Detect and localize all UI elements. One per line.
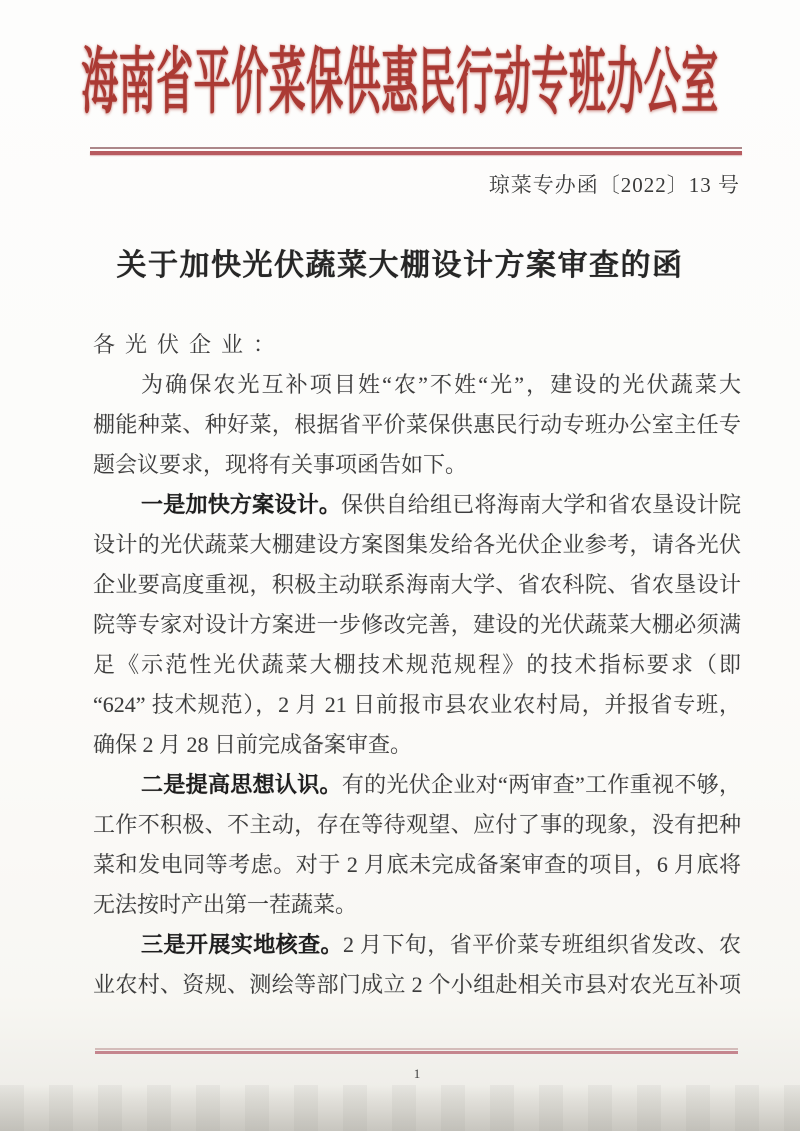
letterhead: 海南省平价菜保供惠民行动专班办公室: [76, 48, 724, 85]
document-title: 关于加快光伏蔬菜大棚设计方案审查的函: [76, 245, 724, 287]
body-line-text: 确保 2 月 28 日前完成备案审查。: [93, 732, 412, 757]
body-line: 设计的光伏蔬菜大棚建设方案图集发给各光伏企业参考，请各光伏: [93, 525, 741, 565]
body-line-bold-lead: 一是加快方案设计。: [141, 492, 341, 517]
body-line-text: 企业要高度重视，积极主动联系海南大学、省农科院、省农垦设计: [93, 572, 741, 597]
body-line: 棚能种菜、种好菜，根据省平价菜保供惠民行动专班办公室主任专: [93, 405, 741, 445]
salutation: 各光伏企业：: [93, 325, 741, 365]
letterhead-divider-thick-line: [90, 151, 742, 155]
body-line-bold-lead: 三是开展实地核查。: [141, 932, 343, 957]
body-line-text: 棚能种菜、种好菜，根据省平价菜保供惠民行动专班办公室主任专: [93, 412, 741, 437]
body-line-text: 有的光伏企业对“两审查”工作重视不够，: [342, 772, 741, 797]
document-page: 海南省平价菜保供惠民行动专班办公室 琼菜专办函〔2022〕13 号 关于加快光伏…: [0, 0, 800, 1131]
body-line-text: 为确保农光互补项目姓“农”不姓“光”，建设的光伏蔬菜大: [141, 372, 741, 397]
body-line-text: 菜和发电同等考虑。对于 2 月底未完成备案审查的项目，6 月底将: [93, 852, 741, 877]
body-line-text: 无法按时产出第一茬蔬菜。: [93, 892, 357, 917]
page-number: 1: [93, 1064, 741, 1084]
body-line: 业农村、资规、测绘等部门成立 2 个小组赴相关市县对农光互补项: [93, 965, 741, 1005]
body-line-text: 保供自给组已将海南大学和省农垦设计院: [341, 492, 741, 517]
body-line-text: 院等专家对设计方案进一步修改完善，建设的光伏蔬菜大棚必须满: [93, 612, 741, 637]
body-line: 工作不积极、不主动，存在等待观望、应付了事的现象，没有把种: [93, 805, 741, 845]
body-line-bold-lead: 二是提高思想认识。: [141, 772, 342, 797]
body-line: 院等专家对设计方案进一步修改完善，建设的光伏蔬菜大棚必须满: [93, 605, 741, 645]
body-line: 为确保农光互补项目姓“农”不姓“光”，建设的光伏蔬菜大: [93, 365, 741, 405]
letterhead-divider: [90, 147, 742, 155]
letterhead-divider-thin-line: [90, 147, 742, 149]
footer-divider: [95, 1048, 738, 1054]
body-line: 菜和发电同等考虑。对于 2 月底未完成备案审查的项目，6 月底将: [93, 845, 741, 885]
body-line-text: 题会议要求，现将有关事项函告如下。: [93, 452, 467, 477]
body-lines: 为确保农光互补项目姓“农”不姓“光”，建设的光伏蔬菜大棚能种菜、种好菜，根据省平…: [93, 365, 741, 1005]
letterhead-office-name: 海南省平价菜保供惠民行动专班办公室: [81, 48, 719, 120]
body-line-text: 业农村、资规、测绘等部门成立 2 个小组赴相关市县对农光互补项: [93, 972, 741, 997]
footer-divider-thick-line: [95, 1051, 738, 1054]
body-line: 企业要高度重视，积极主动联系海南大学、省农科院、省农垦设计: [93, 565, 741, 605]
doc-number: 琼菜专办函〔2022〕13 号: [95, 170, 740, 200]
body-line: 无法按时产出第一茬蔬菜。: [93, 885, 741, 925]
body-line: “624” 技术规范），2 月 21 日前报市县农业农村局，并报省专班，: [93, 685, 741, 725]
body-line: 三是开展实地核查。2 月下旬，省平价菜专班组织省发改、农: [93, 925, 741, 965]
body-line-text: 设计的光伏蔬菜大棚建设方案图集发给各光伏企业参考，请各光伏: [93, 532, 741, 557]
body-line: 题会议要求，现将有关事项函告如下。: [93, 445, 741, 485]
body-line: 确保 2 月 28 日前完成备案审查。: [93, 725, 741, 765]
body-line-text: 2 月下旬，省平价菜专班组织省发改、农: [343, 932, 741, 957]
body-line-text: “624” 技术规范），2 月 21 日前报市县农业农村局，并报省专班，: [93, 692, 741, 717]
body-line: 一是加快方案设计。保供自给组已将海南大学和省农垦设计院: [93, 485, 741, 525]
body-line-text: 足《示范性光伏蔬菜大棚技术规范规程》的技术指标要求（即: [93, 652, 741, 677]
body-line: 二是提高思想认识。有的光伏企业对“两审查”工作重视不够，: [93, 765, 741, 805]
body-line-text: 工作不积极、不主动，存在等待观望、应付了事的现象，没有把种: [93, 812, 741, 837]
document-body: 各光伏企业： 为确保农光互补项目姓“农”不姓“光”，建设的光伏蔬菜大棚能种菜、种…: [93, 325, 741, 1005]
photo-bottom-edge: [0, 1085, 800, 1131]
body-line: 足《示范性光伏蔬菜大棚技术规范规程》的技术指标要求（即: [93, 645, 741, 685]
